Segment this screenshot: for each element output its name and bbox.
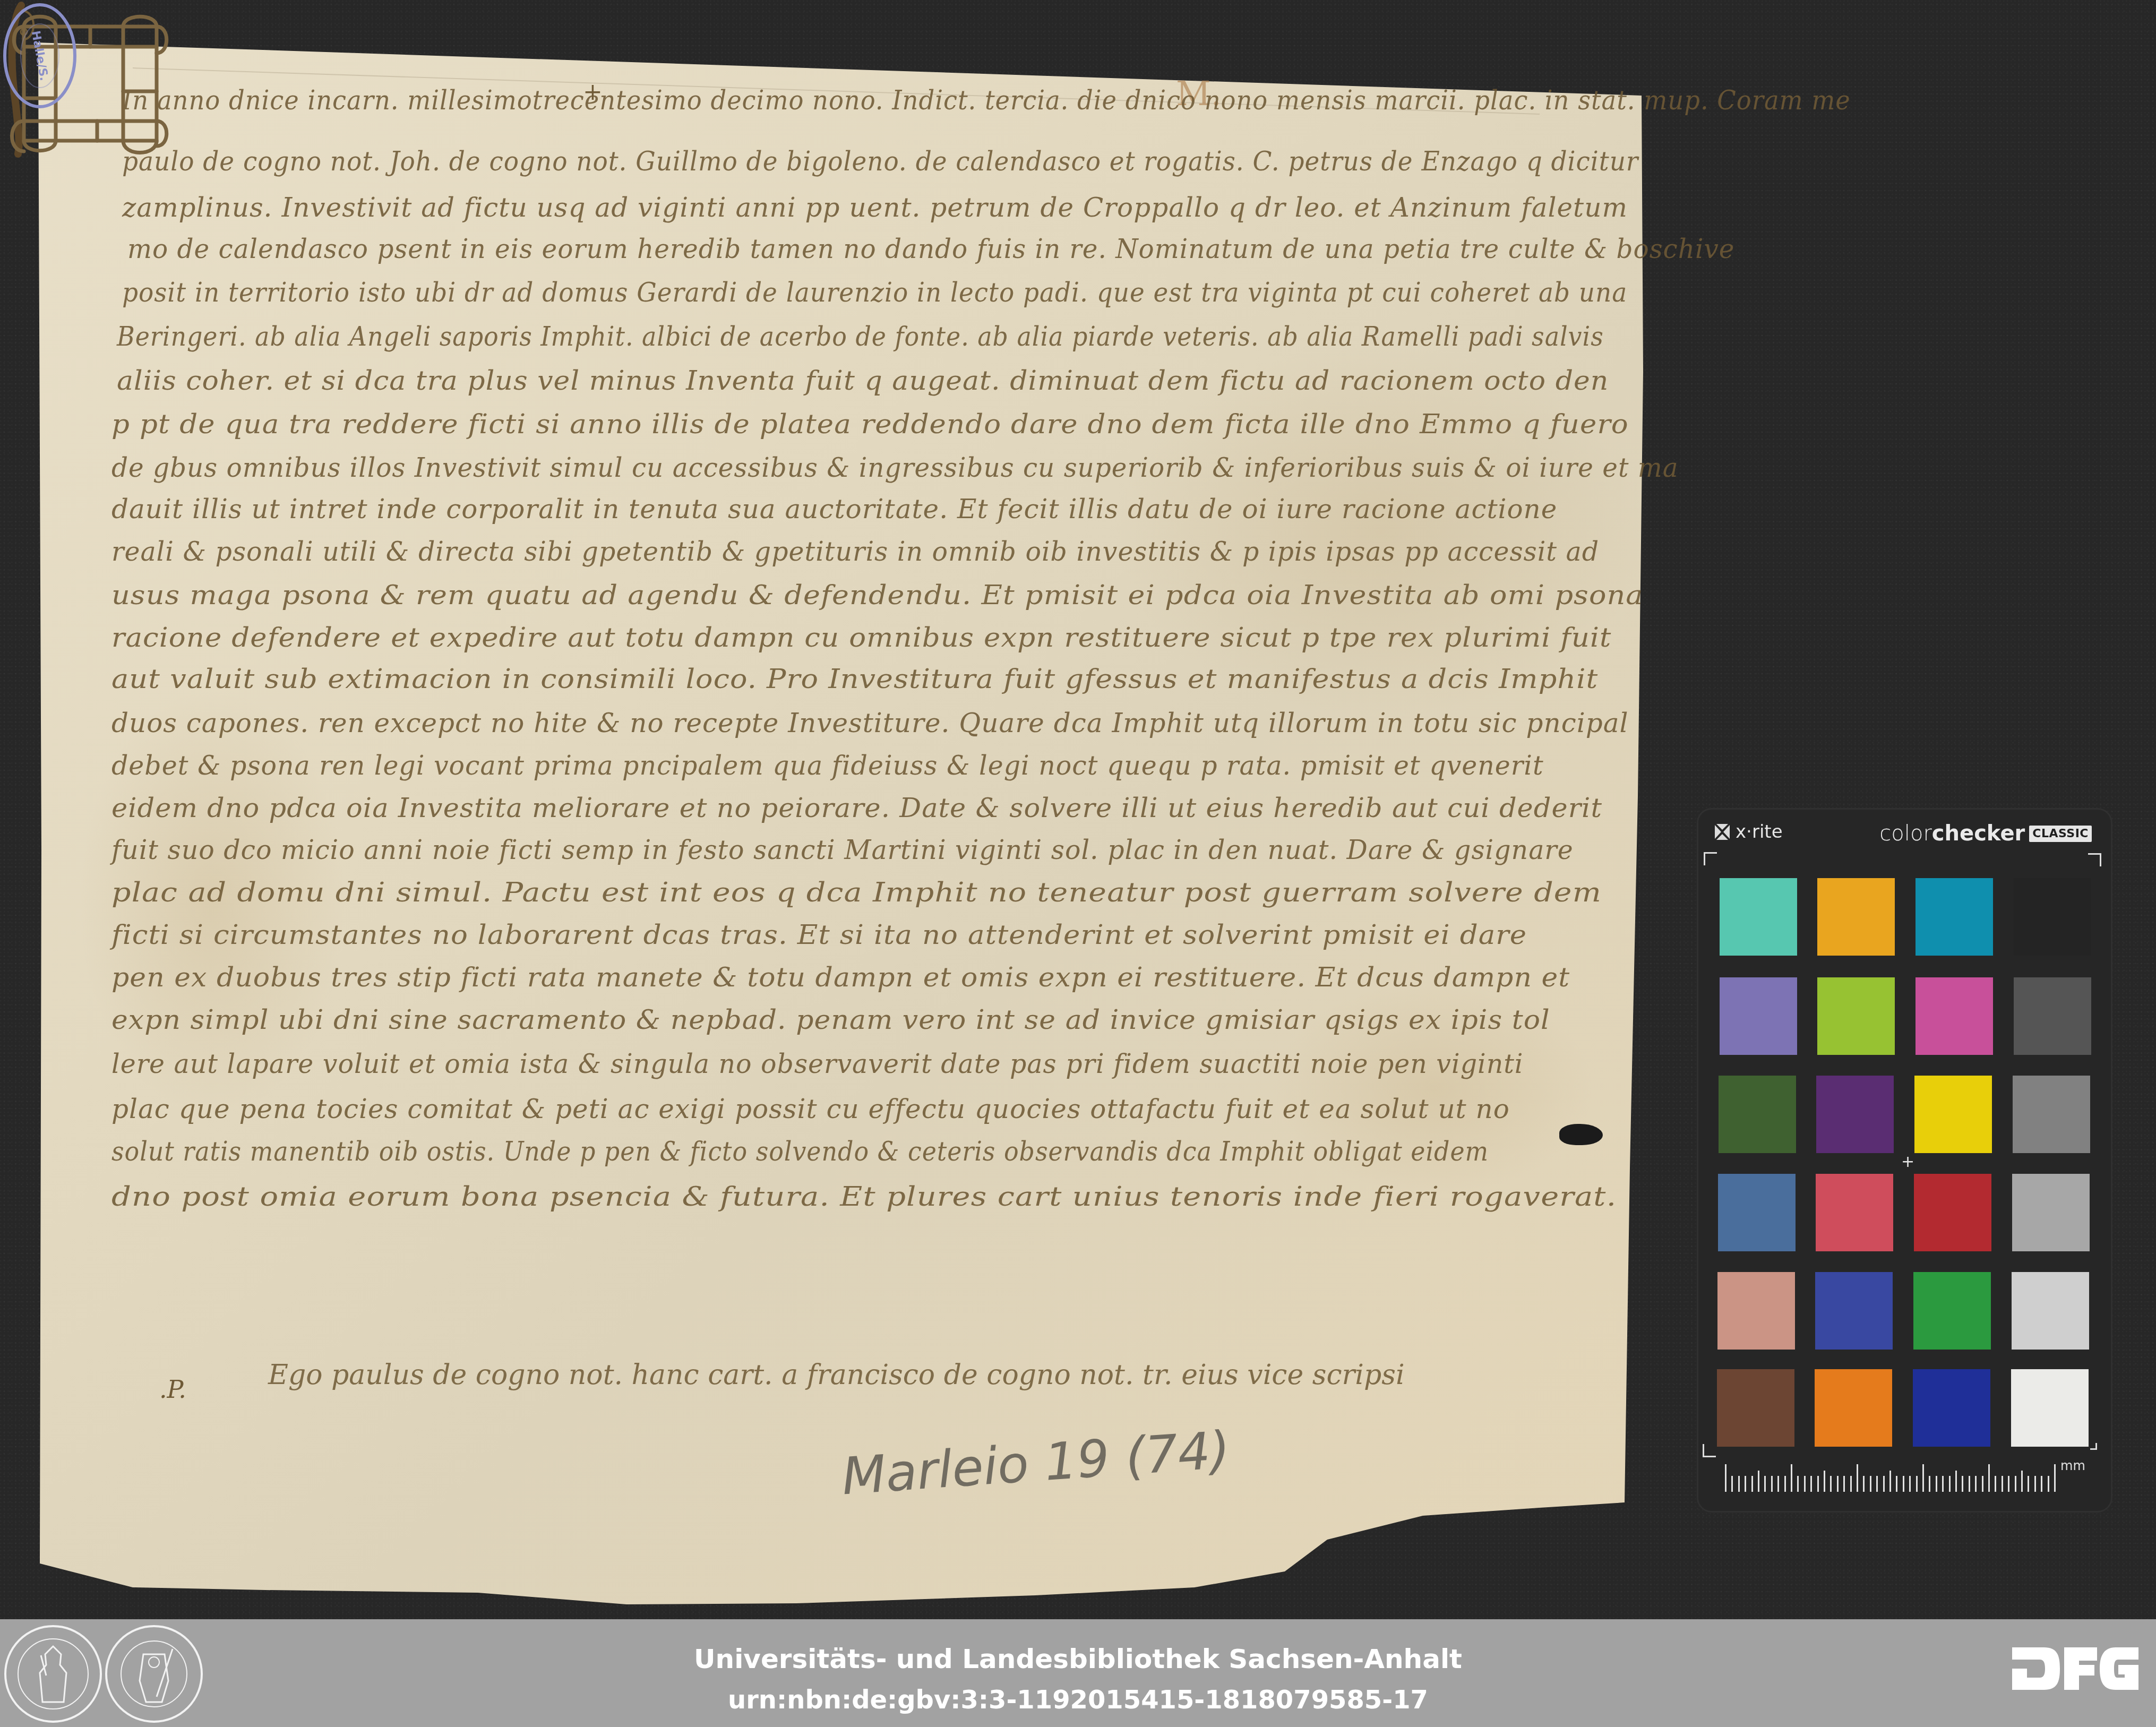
swatch-r2c4	[2014, 977, 2091, 1055]
library-name: Universitäts- und Landesbibliothek Sachs…	[0, 1644, 2156, 1674]
ruler-tick	[1791, 1464, 1792, 1492]
ruler-tick	[1982, 1476, 1983, 1492]
ruler-tick	[1777, 1476, 1779, 1492]
ruler-tick	[1824, 1471, 1825, 1492]
swatch-r4c4	[2012, 1174, 2090, 1251]
swatch-r6c3	[1913, 1369, 1990, 1447]
ruler-tick	[1725, 1464, 1726, 1492]
ruler-tick	[1936, 1476, 1937, 1492]
ruler-tick	[1817, 1476, 1819, 1492]
crosshair-icon: +	[1901, 1154, 1914, 1170]
ruler-tick	[1876, 1476, 1878, 1492]
ruler-tick	[1863, 1476, 1865, 1492]
swatch-r1c1	[1720, 878, 1797, 956]
ruler-tick	[1922, 1464, 1924, 1492]
text-line: zamplinus. Investivit ad fictu usq ad vi…	[122, 192, 1628, 223]
text-line: racione defendere et expedire aut totu d…	[111, 622, 1611, 653]
library-stamp: Halle/S.	[0, 0, 80, 111]
text-line: de gbus omnibus illos Investivit simul c…	[111, 452, 1679, 483]
notary-subscription: Ego paulus de cogno not. hanc cart. a fr…	[268, 1359, 1405, 1391]
manuscript-text: In anno dnice incarn. millesimotrecentes…	[101, 0, 1630, 1593]
ruler-tick	[1731, 1476, 1733, 1492]
ruler-tick	[1988, 1464, 1990, 1492]
text-line: aut valuit sub extimacion in consimili l…	[111, 664, 1598, 694]
ruler-tick	[1870, 1476, 1871, 1492]
notarial-sign-letter: .P.	[159, 1375, 186, 1404]
ruler-tick	[2054, 1464, 2056, 1492]
ruler-tick	[2048, 1476, 2049, 1492]
ruler-tick	[1758, 1471, 1759, 1492]
swatch-r1c4	[2014, 878, 2091, 956]
footer-bar: Universitäts- und Landesbibliothek Sachs…	[0, 1619, 2156, 1727]
text-line: aliis coher. et si dca tra plus vel minu…	[117, 365, 1609, 396]
swatch-r6c4	[2011, 1369, 2089, 1447]
dfg-logo	[2012, 1645, 2140, 1692]
colorchecker-bold: checker	[1932, 821, 2025, 846]
ruler-tick	[1949, 1476, 1951, 1492]
ruler-tick	[2041, 1476, 2042, 1492]
corner-mark	[1703, 1444, 1716, 1457]
parchment-hole	[1559, 1124, 1603, 1145]
ruler-tick	[2002, 1476, 2003, 1492]
classic-badge: CLASSIC	[2029, 826, 2092, 842]
ruler-tick	[2008, 1476, 2009, 1492]
colorchecker-light: color	[1879, 821, 1932, 846]
text-line: plac ad domu dni simul. Pactu est int eo…	[111, 877, 1602, 908]
swatch-r2c3	[1916, 977, 1993, 1055]
text-line: paulo de cogno not. Joh. de cogno not. G…	[122, 146, 1638, 177]
ruler-tick	[1837, 1476, 1839, 1492]
corner-mark	[1704, 852, 1717, 865]
ruler-tick	[1896, 1476, 1897, 1492]
swatch-r3c4	[2013, 1076, 2090, 1153]
ruler-tick	[1857, 1464, 1858, 1492]
text-line: plac que pena tocies comitat & peti ac e…	[111, 1094, 1510, 1124]
swatch-r5c4	[2012, 1272, 2089, 1350]
ruler-tick	[1810, 1476, 1812, 1492]
text-line: ficti si circumstantes no laborarent dca…	[111, 920, 1527, 950]
text-line: fuit suo dco micio anni noie ficti semp …	[111, 835, 1574, 865]
text-line: lere aut lapare voluit et omia ista & si…	[111, 1049, 1524, 1079]
ruler-tick	[1942, 1476, 1944, 1492]
ruler-tick	[1804, 1476, 1806, 1492]
text-line: posit in territorio isto ubi dr ad domus…	[122, 277, 1627, 308]
ruler-tick	[1969, 1476, 1970, 1492]
swatch-r4c2	[1816, 1174, 1893, 1251]
text-line: solut ratis manentib oib ostis. Unde p p…	[111, 1136, 1489, 1167]
swatch-r5c3	[1913, 1272, 1991, 1350]
swatch-r3c2	[1816, 1076, 1894, 1153]
ruler-tick	[1995, 1476, 1996, 1492]
ruler-tick	[1975, 1476, 1977, 1492]
ruler-unit-label: mm	[2060, 1458, 2085, 1473]
text-line: mo de calendasco psent in eis eorum here…	[127, 234, 1734, 264]
xrite-logo: x·rite	[1713, 821, 1783, 843]
text-line: dno post omia eorum bona psencia & futur…	[111, 1181, 1617, 1212]
swatch-r1c3	[1916, 878, 1993, 956]
ruler-tick	[2034, 1476, 2036, 1492]
swatch-r5c1	[1717, 1272, 1795, 1350]
ruler-tick	[1745, 1476, 1746, 1492]
ruler-tick	[2028, 1476, 2029, 1492]
colorchecker-logo: color checker CLASSIC	[1879, 821, 2092, 846]
text-line: usus maga psona & rem quatu ad agendu & …	[111, 580, 1644, 611]
ruler-tick	[1955, 1471, 1957, 1492]
text-line: reali & psonali utili & directa sibi gpe…	[111, 536, 1599, 567]
mm-ruler	[1725, 1460, 2054, 1492]
ruler-tick	[1962, 1476, 1963, 1492]
ruler-tick	[2015, 1476, 2016, 1492]
swatch-r3c1	[1719, 1076, 1796, 1153]
ruler-tick	[1797, 1476, 1799, 1492]
ruler-tick	[1738, 1476, 1740, 1492]
text-line: duos capones. ren excepct no hite & no r…	[111, 708, 1629, 738]
swatch-r4c3	[1914, 1174, 1991, 1251]
swatch-r1c2	[1817, 878, 1895, 956]
text-line: In anno dnice incarn. millesimotrecentes…	[122, 85, 1851, 116]
text-line: pen ex duobus tres stip ficti rata manet…	[111, 962, 1570, 993]
urn-identifier[interactable]: urn:nbn:de:gbv:3:3-1192015415-1818079585…	[0, 1685, 2156, 1715]
ruler-tick	[1889, 1471, 1891, 1492]
corner-mark	[2088, 853, 2101, 866]
corner-mark	[2090, 1443, 2097, 1450]
ruler-tick	[1771, 1476, 1773, 1492]
xrite-icon	[1713, 823, 1731, 841]
text-line: debet & psona ren legi vocant prima pnci…	[111, 750, 1544, 781]
ruler-tick	[1929, 1476, 1930, 1492]
ruler-tick	[1764, 1476, 1766, 1492]
swatch-r4c1	[1718, 1174, 1796, 1251]
ruler-tick	[1916, 1476, 1918, 1492]
ruler-tick	[1850, 1476, 1852, 1492]
text-line: p pt de qua tra reddere ficti si anno il…	[111, 409, 1629, 440]
ruler-tick	[1883, 1476, 1885, 1492]
ruler-tick	[1903, 1476, 1904, 1492]
ruler-tick	[1843, 1476, 1845, 1492]
svg-text:Halle/S.: Halle/S.	[29, 30, 50, 82]
swatch-r3c3	[1914, 1076, 1992, 1153]
swatch-r6c2	[1815, 1369, 1892, 1447]
ruler-tick	[1830, 1476, 1832, 1492]
ruler-tick	[1909, 1476, 1911, 1492]
swatch-r6c1	[1717, 1369, 1794, 1447]
text-line: expn simpl ubi dni sine sacramento & nep…	[111, 1004, 1550, 1035]
ruler-tick	[1784, 1476, 1786, 1492]
swatch-r2c2	[1817, 977, 1895, 1055]
xrite-brand: x·rite	[1736, 821, 1783, 843]
color-checker-card: x·rite color checker CLASSIC +	[1697, 808, 2112, 1513]
ruler-tick	[2021, 1471, 2023, 1492]
ruler-tick	[1751, 1476, 1753, 1492]
text-line: dauit illis ut intret inde corporalit in…	[111, 494, 1557, 525]
text-line: Beringeri. ab alia Angeli saporis Imphit…	[117, 321, 1604, 352]
swatch-r5c2	[1815, 1272, 1893, 1350]
swatch-r2c1	[1720, 977, 1797, 1055]
text-line: eidem dno pdca oia Investita meliorare e…	[111, 793, 1602, 823]
